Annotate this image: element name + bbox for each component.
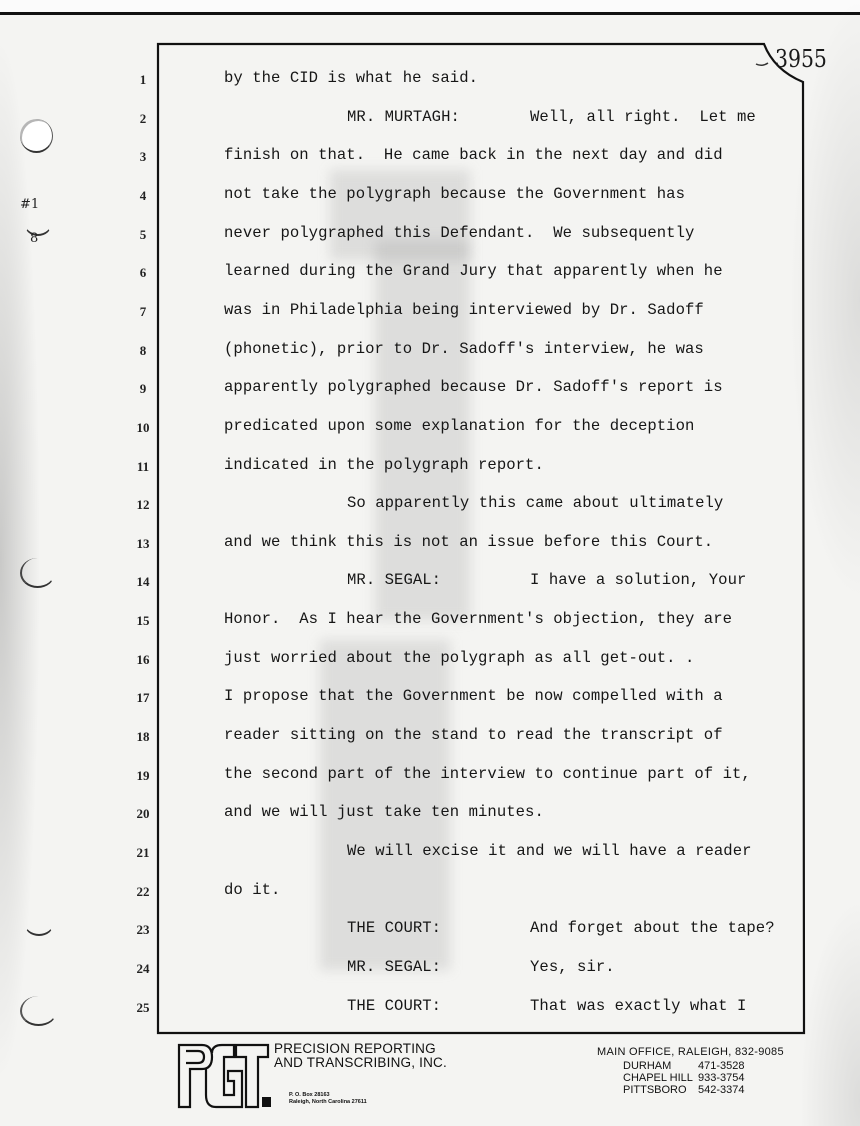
line-number: 6 bbox=[128, 265, 158, 281]
office-phone: 471-3528 bbox=[698, 1060, 745, 1072]
line-number: 3 bbox=[128, 149, 158, 165]
line-number: 19 bbox=[128, 768, 158, 784]
office-directory: MAIN OFFICE, RALEIGH, 832-9085 DURHAM471… bbox=[597, 1046, 784, 1096]
speaker-label: THE COURT: bbox=[347, 919, 441, 937]
line-number: 23 bbox=[128, 922, 158, 938]
transcript-line: Yes, sir. bbox=[530, 958, 615, 976]
speaker-label: MR. SEGAL: bbox=[347, 958, 441, 976]
transcript-line: the second part of the interview to cont… bbox=[224, 765, 751, 783]
line-number: 22 bbox=[128, 884, 158, 900]
transcript-line: was in Philadelphia being interviewed by… bbox=[224, 301, 704, 319]
exhibit-sub-mark: 8 bbox=[30, 231, 38, 246]
line-number: 13 bbox=[128, 536, 158, 552]
speaker-label: MR. MURTAGH: bbox=[347, 108, 460, 126]
binder-hole-icon bbox=[20, 996, 57, 1026]
office-row: DURHAM471-3528 bbox=[623, 1060, 745, 1072]
line-number: 16 bbox=[128, 652, 158, 668]
transcript-line: (phonetic), prior to Dr. Sadoff's interv… bbox=[224, 340, 704, 358]
transcript-line: finish on that. He came back in the next… bbox=[224, 146, 723, 164]
transcript-line: apparently polygraphed because Dr. Sadof… bbox=[224, 378, 723, 396]
transcript-line: indicated in the polygraph report. bbox=[224, 456, 544, 474]
line-number: 1 bbox=[128, 72, 158, 88]
office-city: CHAPEL HILL bbox=[623, 1072, 698, 1084]
transcript-line: not take the polygraph because the Gover… bbox=[224, 185, 685, 203]
line-number: 12 bbox=[128, 497, 158, 513]
company-name-line2: AND TRANSCRIBING, INC. bbox=[274, 1056, 447, 1070]
line-number: 9 bbox=[128, 381, 158, 397]
line-number: 7 bbox=[128, 304, 158, 320]
page-number: 3955 bbox=[775, 45, 827, 73]
transcript-line: learned during the Grand Jury that appar… bbox=[224, 262, 723, 280]
transcript-line: I have a solution, Your bbox=[530, 571, 746, 589]
line-number: 8 bbox=[128, 343, 158, 359]
company-logo-icon bbox=[176, 1041, 271, 1111]
company-name-line1: PRECISION REPORTING bbox=[274, 1042, 447, 1056]
transcript-line: And forget about the tape? bbox=[530, 919, 775, 937]
binder-hole-icon bbox=[20, 558, 55, 588]
transcript-line: never polygraphed this Defendant. We sub… bbox=[224, 224, 694, 242]
po-box: P. O. Box 28163 bbox=[289, 1092, 367, 1099]
line-number: 18 bbox=[128, 729, 158, 745]
line-number: 15 bbox=[128, 613, 158, 629]
transcript-line: do it. bbox=[224, 881, 280, 899]
speaker-label: THE COURT: bbox=[347, 997, 441, 1015]
exhibit-mark: #1 bbox=[20, 197, 39, 212]
transcript-line: So apparently this came about ultimately bbox=[347, 494, 723, 512]
line-number: 10 bbox=[128, 420, 158, 436]
branch-offices: DURHAM471-3528CHAPEL HILL933-3754PITTSBO… bbox=[623, 1060, 745, 1096]
transcript-line: predicated upon some explanation for the… bbox=[224, 417, 694, 435]
line-number: 14 bbox=[128, 574, 158, 590]
transcript-line: by the CID is what he said. bbox=[224, 69, 478, 87]
transcript-line: and we will just take ten minutes. bbox=[224, 803, 544, 821]
office-city: DURHAM bbox=[623, 1060, 698, 1072]
line-number: 24 bbox=[128, 961, 158, 977]
line-number: 5 bbox=[128, 227, 158, 243]
transcript-line: and we think this is not an issue before… bbox=[224, 533, 713, 551]
speaker-label: MR. SEGAL: bbox=[347, 571, 441, 589]
address-city: Raleigh, North Carolina 27611 bbox=[289, 1099, 367, 1106]
office-city: PITTSBORO bbox=[623, 1084, 698, 1096]
line-number: 2 bbox=[128, 111, 158, 127]
line-number: 17 bbox=[128, 690, 158, 706]
transcript-line: just worried about the polygraph as all … bbox=[224, 649, 694, 667]
transcript-line: Well, all right. Let me bbox=[530, 108, 756, 126]
line-number: 11 bbox=[128, 459, 158, 475]
transcript-line: We will excise it and we will have a rea… bbox=[347, 842, 752, 860]
binder-hole-icon bbox=[20, 119, 53, 153]
transcript-line: Honor. As I hear the Government's object… bbox=[224, 610, 732, 628]
office-phone: 933-3754 bbox=[698, 1072, 745, 1084]
company-name: PRECISION REPORTING AND TRANSCRIBING, IN… bbox=[274, 1042, 447, 1070]
binder-hole-icon bbox=[24, 910, 54, 936]
line-number: 20 bbox=[128, 806, 158, 822]
main-office: MAIN OFFICE, RALEIGH, 832-9085 bbox=[597, 1046, 784, 1058]
transcript-line: That was exactly what I bbox=[530, 997, 746, 1015]
office-phone: 542-3374 bbox=[698, 1084, 745, 1096]
line-number: 25 bbox=[128, 1000, 158, 1016]
office-row: PITTSBORO542-3374 bbox=[623, 1084, 745, 1096]
company-address: P. O. Box 28163 Raleigh, North Carolina … bbox=[289, 1092, 367, 1106]
transcript-line: I propose that the Government be now com… bbox=[224, 687, 723, 705]
office-row: CHAPEL HILL933-3754 bbox=[623, 1072, 745, 1084]
transcript-line: reader sitting on the stand to read the … bbox=[224, 726, 723, 744]
line-number: 4 bbox=[128, 188, 158, 204]
line-number: 21 bbox=[128, 845, 158, 861]
